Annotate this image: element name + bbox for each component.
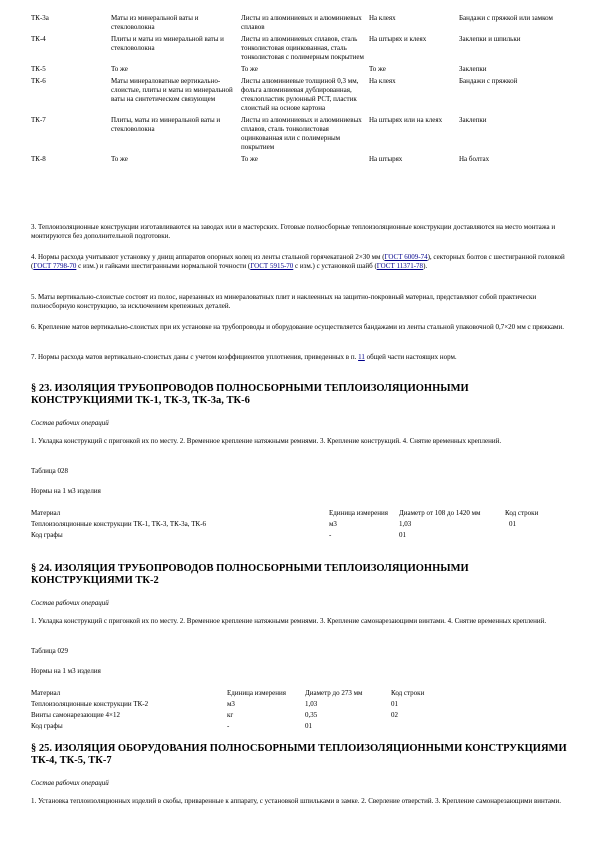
section-23-ops-label: Состав рабочих операций	[31, 419, 567, 428]
table-row: Код графы-01	[31, 722, 424, 733]
note-4: 4. Нормы расхода учитывают установку у д…	[31, 253, 567, 271]
note-3: 3. Теплоизоляционные конструкции изготав…	[31, 223, 567, 241]
table-header-row: Материал Единица измерения Диаметр до 27…	[31, 689, 424, 700]
table-029-label: Таблица 029	[31, 647, 567, 656]
section-24-ops: 1. Укладка конструкций с пригонкой их по…	[31, 617, 567, 626]
table-row: ТК-5То жеТо жеТо жеЗаклепки	[31, 65, 571, 77]
table-row: ТК-7Плиты, маты из минеральной ваты и ст…	[31, 116, 571, 155]
section-24-heading: § 24. ИЗОЛЯЦИЯ ТРУБОПРОВОДОВ ПОЛНОСБОРНЫ…	[31, 563, 567, 587]
section-23-heading: § 23. ИЗОЛЯЦИЯ ТРУБОПРОВОДОВ ПОЛНОСБОРНЫ…	[31, 383, 567, 407]
clause-11-link[interactable]: 11	[358, 353, 365, 361]
note-5: 5. Маты вертикально-слоистые состоят из …	[31, 293, 567, 311]
table-row: ТК-3аМаты из минеральной ваты и стеклово…	[31, 14, 571, 35]
table-row: Код графы-01	[31, 531, 567, 542]
gost-7798-link[interactable]: ГОСТ 7798-70	[33, 262, 76, 270]
section-24-norm-label: Нормы на 1 м3 изделия	[31, 667, 567, 676]
table-028: Материал Единица измерения Диаметр от 10…	[31, 509, 567, 542]
table-row: Винты самонарезающие 4×12кг0,3502	[31, 711, 424, 722]
section-24-ops-label: Состав рабочих операций	[31, 599, 567, 608]
section-25-heading: § 25. ИЗОЛЯЦИЯ ОБОРУДОВАНИЯ ПОЛНОСБОРНЫМ…	[31, 743, 567, 767]
table-row: Теплоизоляционные конструкции ТК-2м31,03…	[31, 700, 424, 711]
table-header-row: Материал Единица измерения Диаметр от 10…	[31, 509, 567, 520]
table-row: ТК-8То жеТо жеНа штыряхНа болтах	[31, 155, 571, 167]
section-23-ops: 1. Укладка конструкций с пригонкой их по…	[31, 437, 567, 446]
table-row: Теплоизоляционные конструкции ТК-1, ТК-3…	[31, 520, 567, 531]
section-25-ops: 1. Установка теплоизоляционных изделий в…	[31, 797, 567, 806]
gost-6009-link[interactable]: ГОСТ 6009-74	[385, 253, 428, 261]
note-6: 6. Крепление матов вертикально-слоистых …	[31, 323, 567, 332]
table-028-label: Таблица 028	[31, 467, 567, 476]
section-25-ops-label: Состав рабочих операций	[31, 779, 567, 788]
section-23-norm-label: Нормы на 1 м3 изделия	[31, 487, 567, 496]
table-row: ТК-6Маты минераловатные вертикально-слои…	[31, 77, 571, 116]
gost-11371-link[interactable]: ГОСТ 11371-78	[377, 262, 423, 270]
gost-5915-link[interactable]: ГОСТ 5915-70	[250, 262, 293, 270]
note-7: 7. Нормы расхода матов вертикально-слоис…	[31, 353, 567, 362]
construction-types-table: ТК-3аМаты из минеральной ваты и стеклово…	[31, 14, 571, 167]
table-029: Материал Единица измерения Диаметр до 27…	[31, 689, 424, 733]
table-row: ТК-4Плиты и маты из минеральной ваты и с…	[31, 35, 571, 65]
